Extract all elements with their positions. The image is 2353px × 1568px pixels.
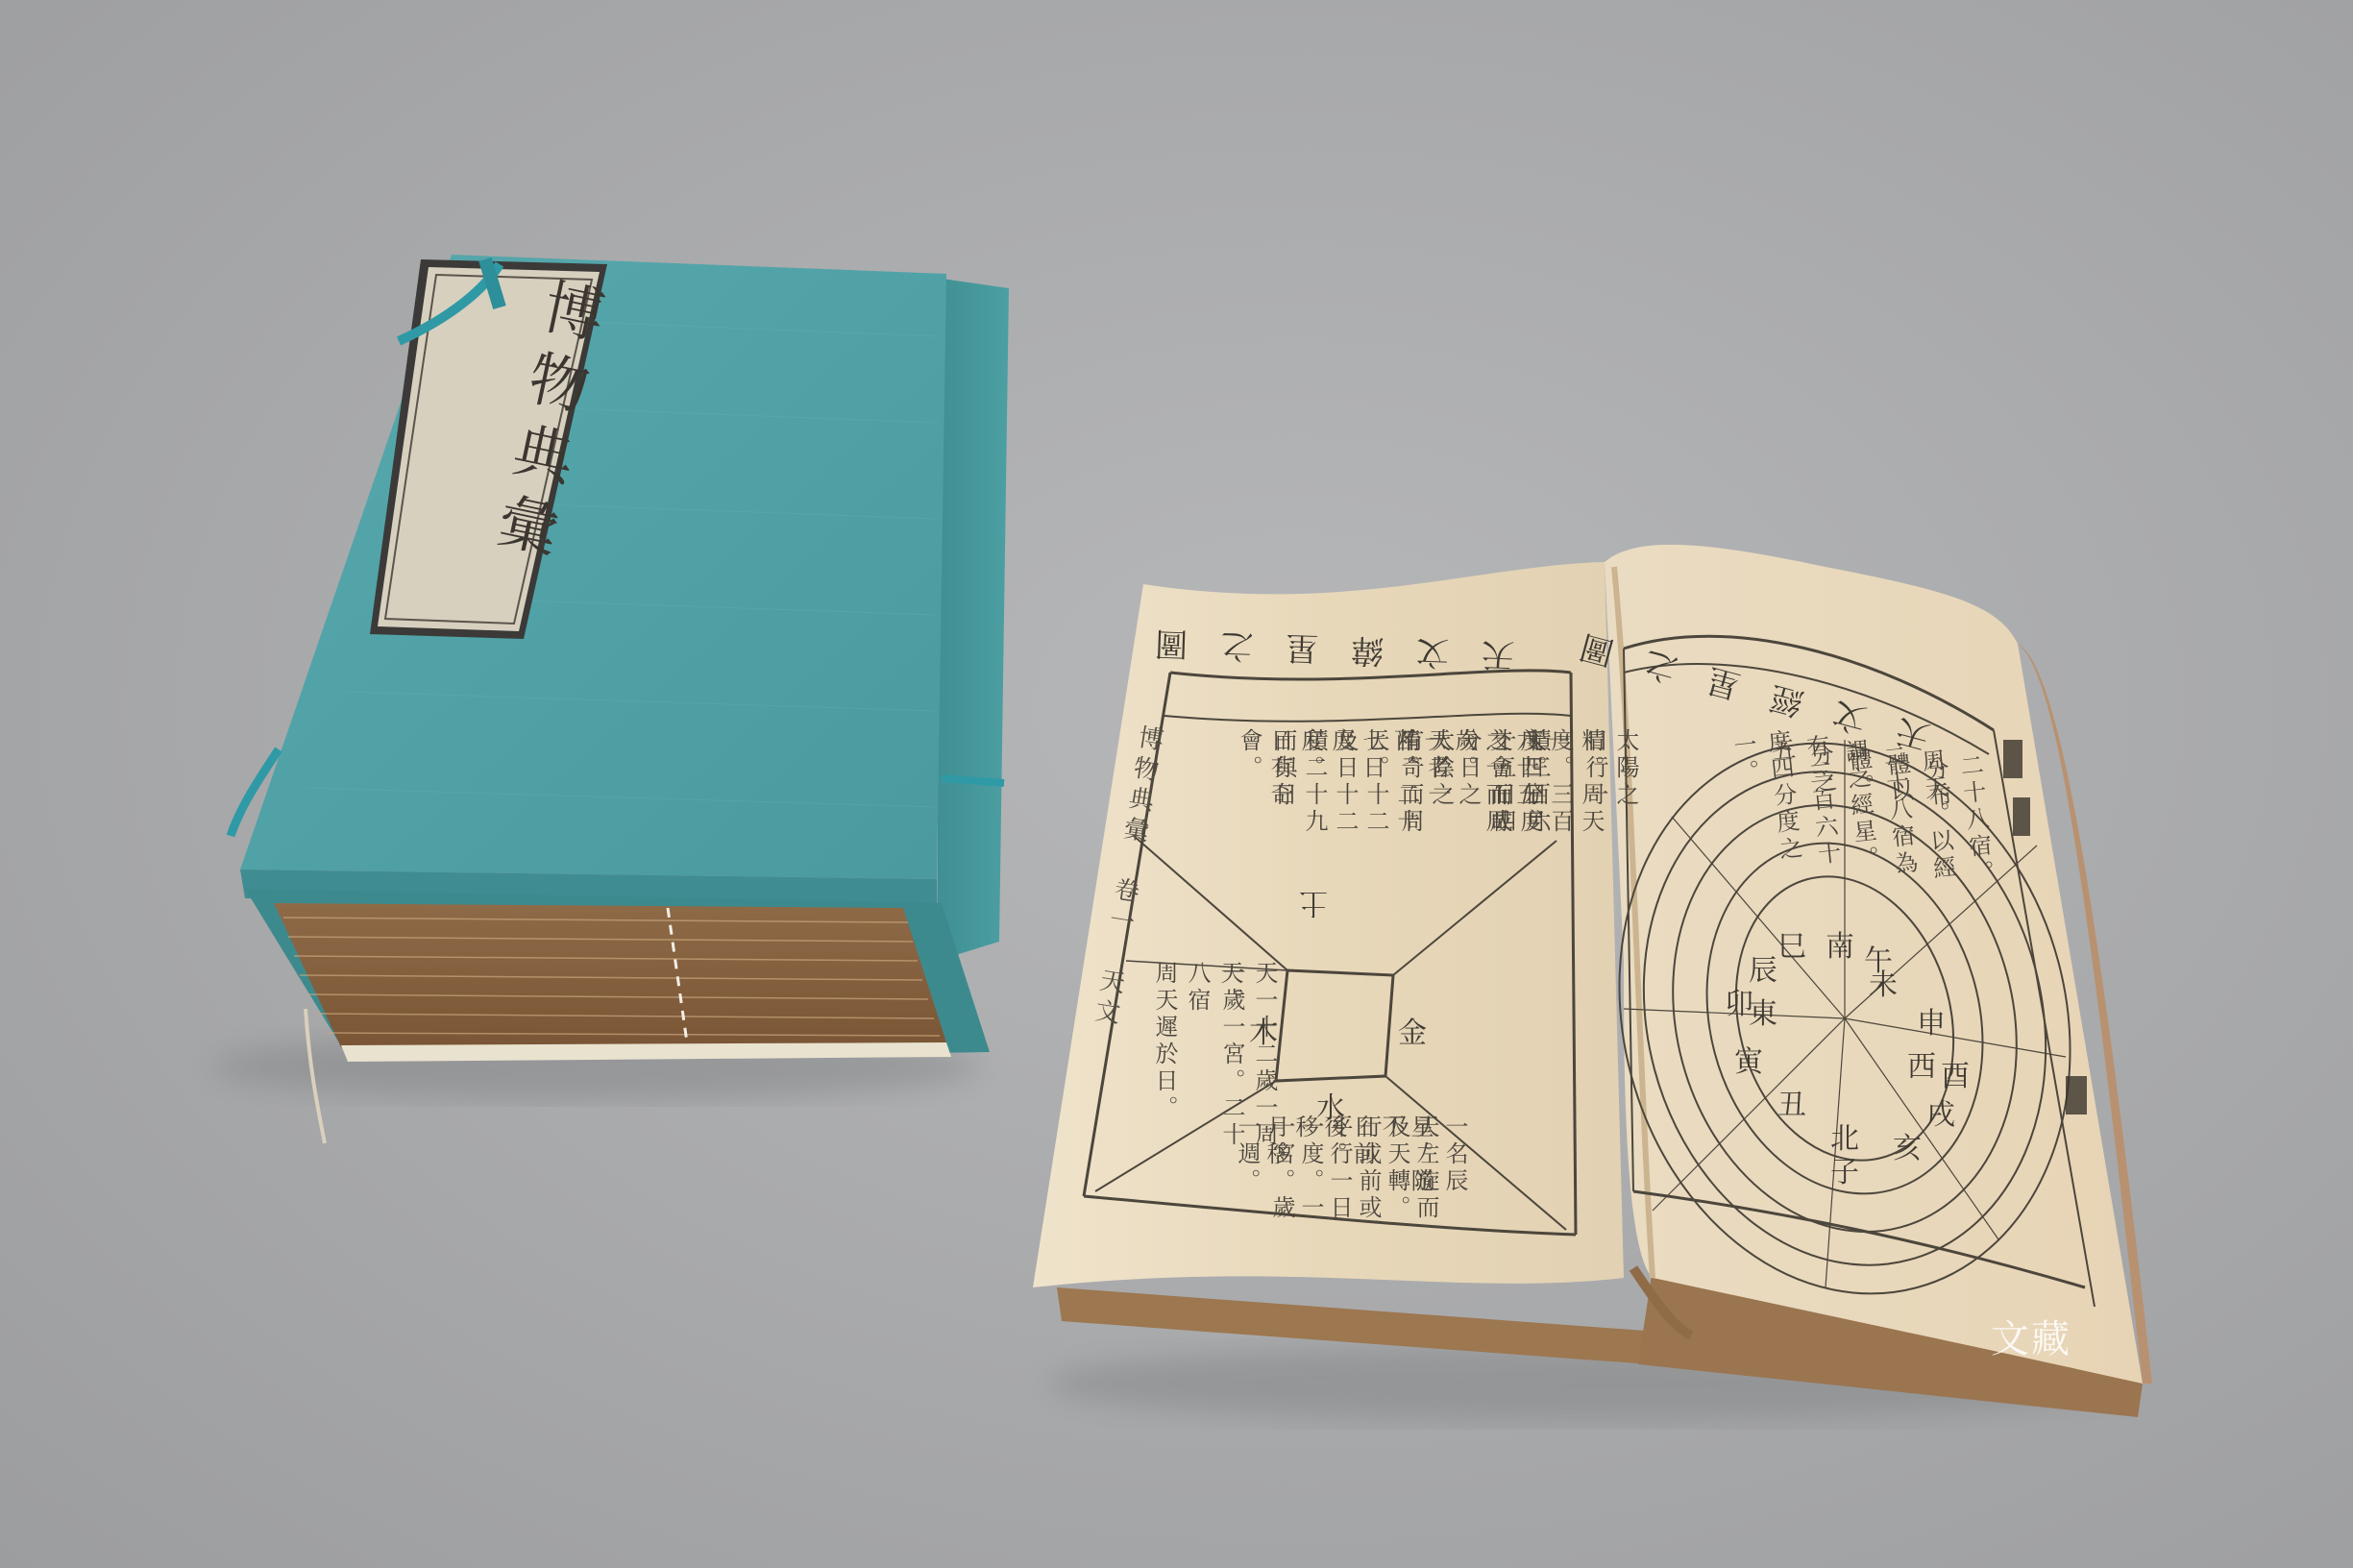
- left-page-text-col-11: 而與日會。: [1232, 728, 1301, 853]
- star-diagram-label-si: 巳: [1777, 922, 1806, 965]
- star-diagram-label-wei: 未: [1869, 961, 1898, 1003]
- star-diagram-label-chen: 辰: [1749, 946, 1777, 989]
- open-book: 天文緯星之圖 天文經星之圖 博物典彙 卷一 天文 太陽之精。周天一 日行一度。三…: [0, 0, 2353, 1568]
- star-diagram-label-zi: 子: [1830, 1148, 1859, 1190]
- star-diagram-label-shen: 申: [1917, 999, 1946, 1041]
- watermark: 文藏: [1991, 1309, 2071, 1363]
- star-diagram-label-chou: 丑: [1777, 1081, 1806, 1123]
- left-page-bottom-col-7: 一宮。歲一週。: [1230, 1115, 1299, 1230]
- left-diagram-label-left: 木: [1249, 1009, 1278, 1051]
- star-diagram-label-xu: 戌: [1926, 1090, 1955, 1133]
- star-diagram-label-you: 酉: [1941, 1052, 1970, 1094]
- star-diagram-label-yin: 寅: [1734, 1038, 1763, 1080]
- star-diagram-label-west: 西: [1907, 1042, 1936, 1085]
- star-diagram-label-hai: 亥: [1893, 1124, 1922, 1166]
- left-diagram-label-top: 土: [1299, 885, 1328, 927]
- left-diagram-label-bottom: 水: [1316, 1084, 1345, 1126]
- star-diagram-label-south: 南: [1826, 922, 1854, 965]
- left-diagram-label-right: 金: [1398, 1009, 1427, 1051]
- left-page-lower-left-col-3: 周天遲於日。: [1147, 961, 1182, 1163]
